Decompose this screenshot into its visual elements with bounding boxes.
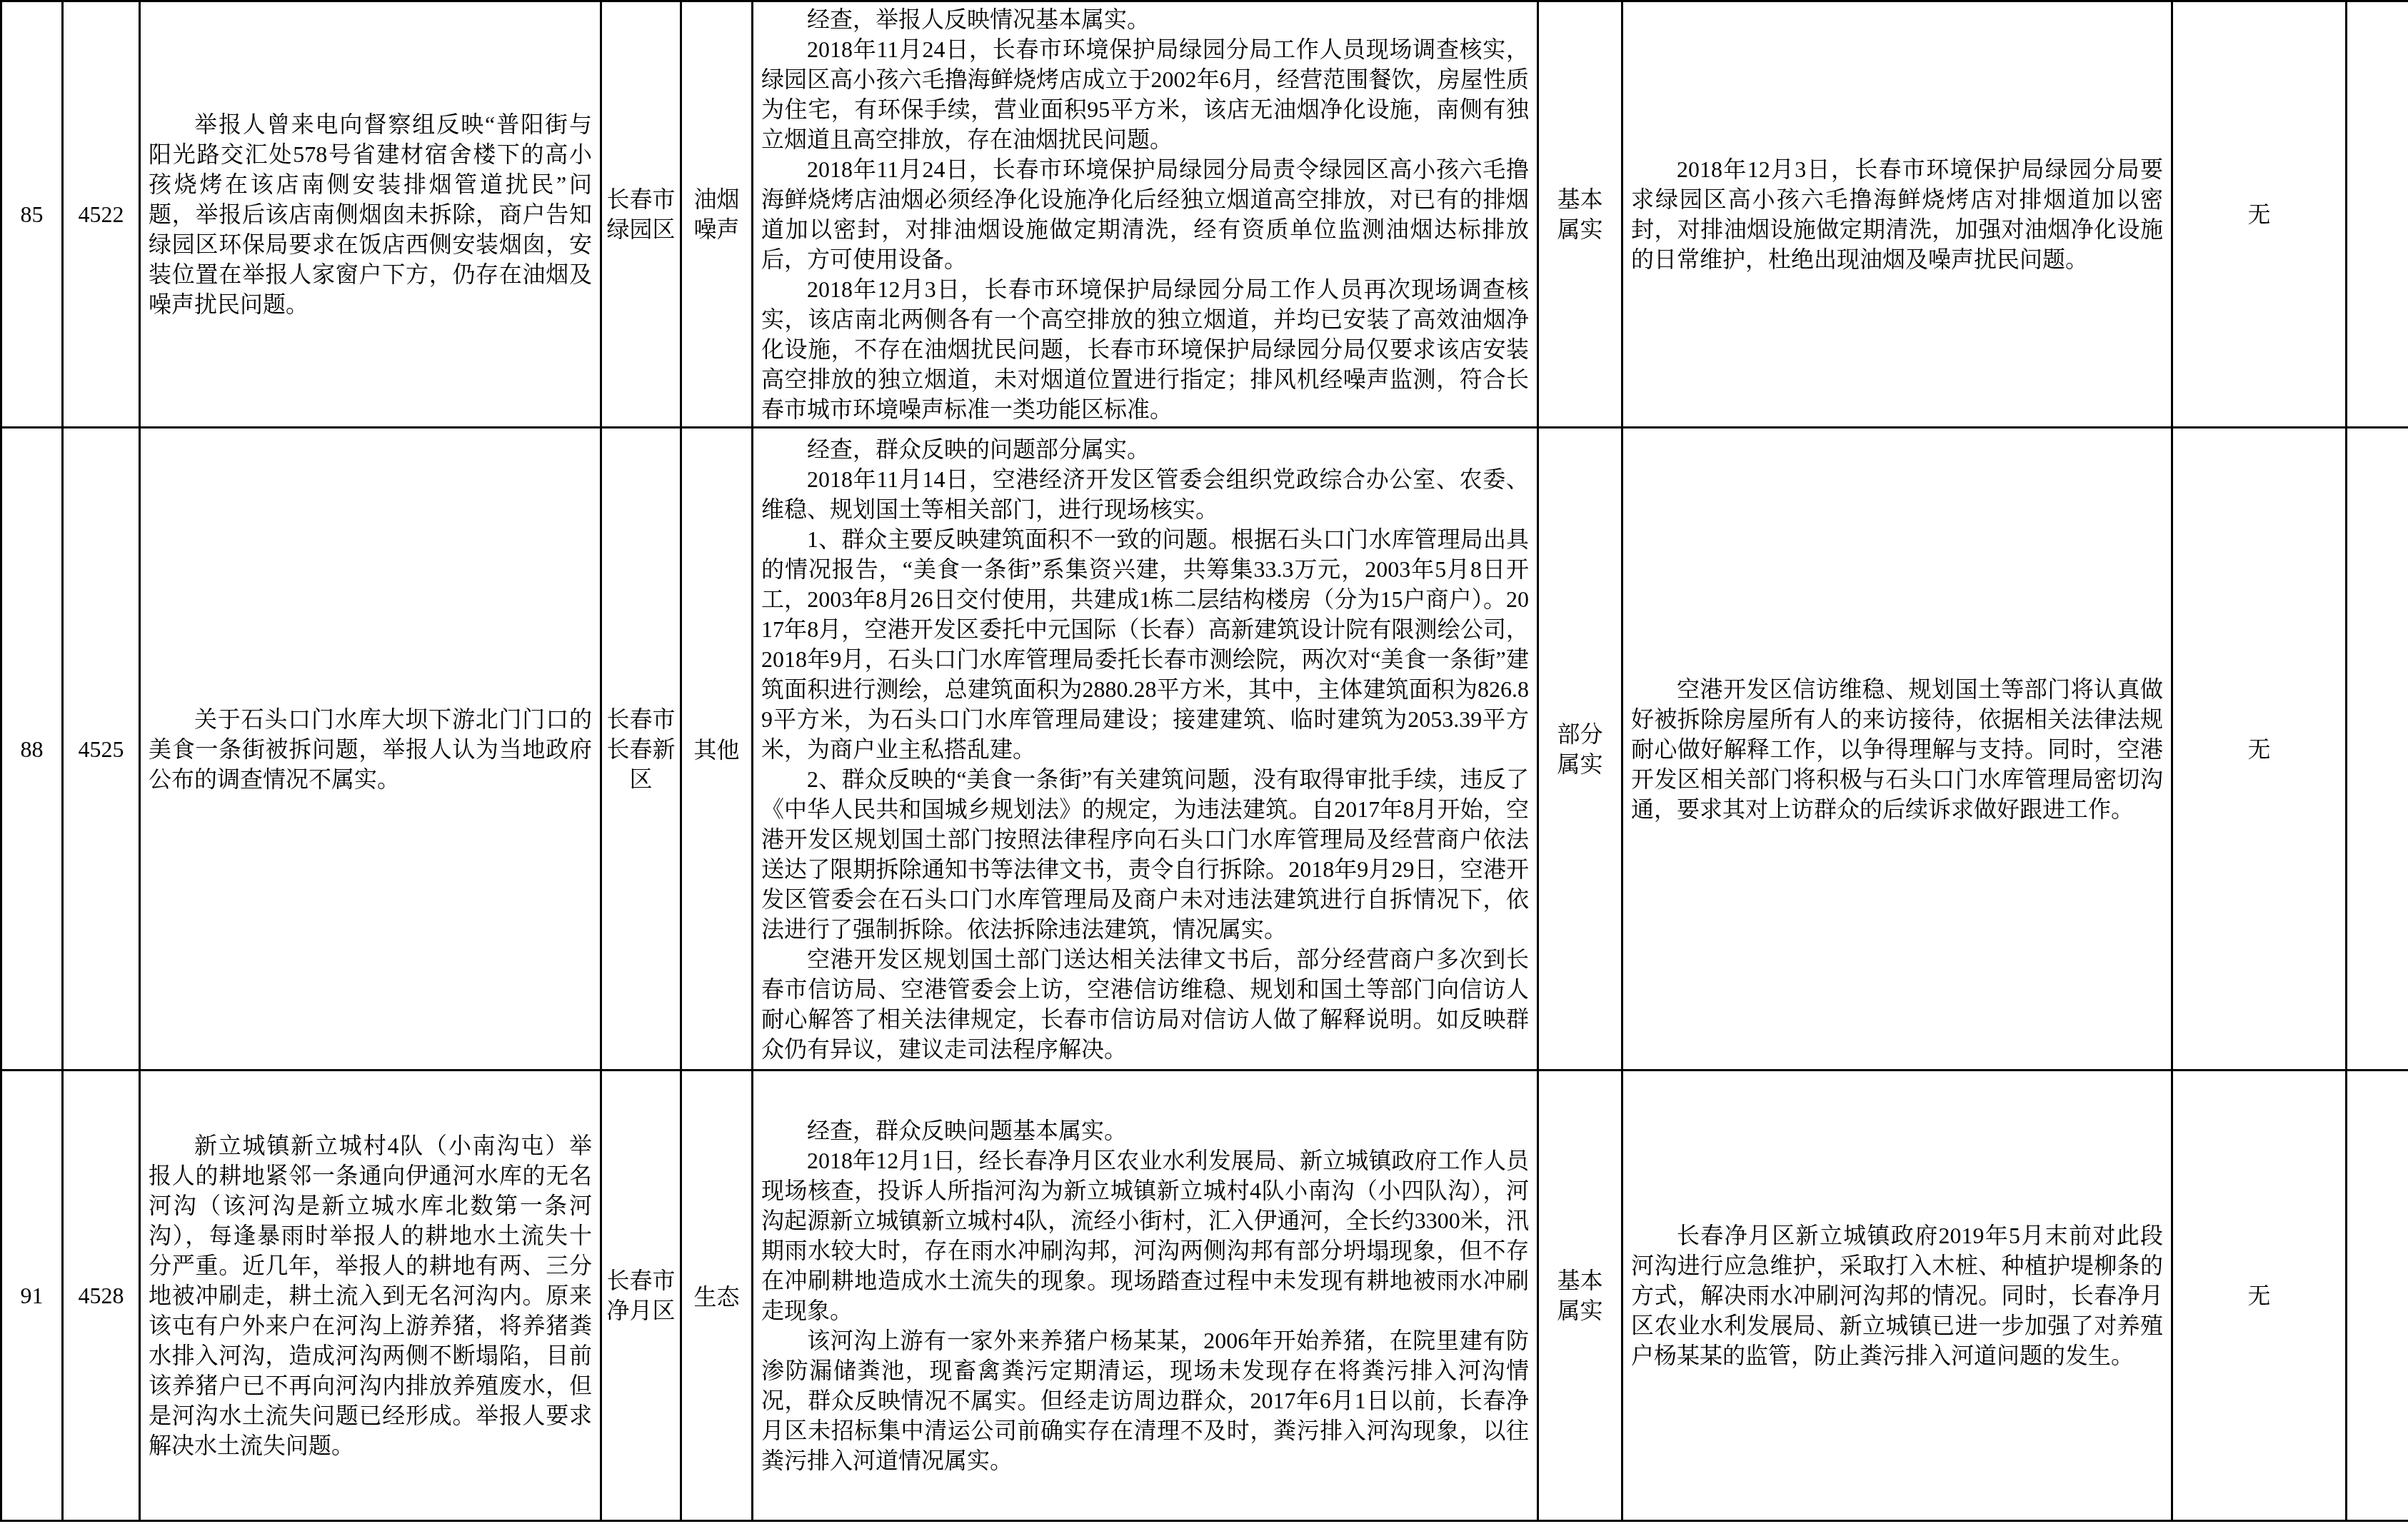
measures-paragraph: 长春净月区新立城镇政府2019年5月末前对此段河沟进行应急维护，采取打入木桩、种… — [1631, 1220, 2163, 1370]
accountability-cell: 无 — [2172, 1, 2347, 428]
investigation-paragraph: 经查，举报人反映情况基本属实。 — [761, 4, 1529, 34]
verification-status-text: 基本属实 — [1555, 1265, 1605, 1325]
investigation-cell: 经查，群众反映问题基本属实。 2018年12月1日，经长春净月区农业水利发展局、… — [753, 1071, 1538, 1521]
issue-type-text: 油烟噪声 — [691, 184, 741, 244]
investigation-cell: 经查，举报人反映情况基本属实。 2018年11月24日，长春市环境保护局绿园分局… — [753, 1, 1538, 428]
investigation-paragraph: 该河沟上游有一家外来养猪户杨某某，2006年开始养猪，在院里建有防渗防漏储粪池，… — [761, 1325, 1529, 1475]
investigation-paragraph: 2018年12月1日，经长春净月区农业水利发展局、新立城镇政府工作人员现场核查，… — [761, 1145, 1529, 1325]
verification-status-cell: 部分属实 — [1538, 428, 1622, 1071]
case-number-cell: 4525 — [63, 428, 140, 1071]
accountability-cell: 无 — [2172, 1071, 2347, 1521]
city-district-text: 长春市长春新区 — [603, 704, 679, 794]
investigation-paragraph: 2018年11月14日，空港经济开发区管委会组织党政综合办公室、农委、维稳、规划… — [761, 464, 1529, 524]
measures-cell: 长春净月区新立城镇政府2019年5月末前对此段河沟进行应急维护，采取打入木桩、种… — [1622, 1071, 2172, 1521]
case-number-cell: 4528 — [63, 1071, 140, 1521]
investigation-paragraph: 2018年11月24日，长春市环境保护局绿园分局责令绿园区高小孩六毛撸海鲜烧烤店… — [761, 154, 1529, 274]
complaint-cell: 关于石头口门水库大坝下游北门门口的美食一条街被拆问题，举报人认为当地政府公布的调… — [140, 428, 601, 1071]
investigation-paragraph: 2018年12月3日，长春市环境保护局绿园分局工作人员再次现场调查核实，该店南北… — [761, 274, 1529, 424]
remark-cell — [2347, 428, 2408, 1071]
verification-status-text: 基本属实 — [1555, 184, 1605, 244]
complaint-paragraph: 关于石头口门水库大坝下游北门门口的美食一条街被拆问题，举报人认为当地政府公布的调… — [149, 704, 592, 794]
issue-type-cell: 油烟噪声 — [681, 1, 753, 428]
case-number-cell: 4522 — [63, 1, 140, 428]
verification-status-cell: 基本属实 — [1538, 1, 1622, 428]
complaint-cell: 新立城镇新立城村4队（小南沟屯）举报人的耕地紧邻一条通向伊通河水库的无名河沟（该… — [140, 1071, 601, 1521]
complaint-cell: 举报人曾来电向督察组反映“普阳街与阳光路交汇处578号省建材宿舍楼下的高小孩烧烤… — [140, 1, 601, 428]
issue-type-text: 生态 — [693, 1282, 739, 1312]
city-district-text: 长春市净月区 — [603, 1265, 679, 1325]
investigation-paragraph: 经查，群众反映的问题部分属实。 — [761, 434, 1529, 464]
issue-type-cell: 生态 — [681, 1071, 753, 1521]
city-district-cell: 长春市净月区 — [601, 1071, 681, 1521]
city-district-text: 长春市绿园区 — [603, 184, 679, 244]
row-index-cell: 88 — [1, 428, 63, 1071]
issue-type-cell: 其他 — [681, 428, 753, 1071]
investigation-paragraph: 经查，群众反映问题基本属实。 — [761, 1116, 1529, 1145]
table-row: 85 4522 举报人曾来电向督察组反映“普阳街与阳光路交汇处578号省建材宿舍… — [1, 1, 2408, 428]
issue-type-text: 其他 — [693, 735, 739, 765]
investigation-cell: 经查，群众反映的问题部分属实。 2018年11月14日，空港经济开发区管委会组织… — [753, 428, 1538, 1071]
verification-status-text: 部分属实 — [1555, 719, 1605, 779]
investigation-paragraph: 1、群众主要反映建筑面积不一致的问题。根据石头口门水库管理局出具的情况报告，“美… — [761, 524, 1529, 764]
investigation-paragraph: 2、群众反映的“美食一条街”有关建筑问题，没有取得审批手续，违反了《中华人民共和… — [761, 764, 1529, 944]
investigation-paragraph: 空港开发区规划国土部门送达相关法律文书后，部分经营商户多次到长春市信访局、空港管… — [761, 944, 1529, 1064]
remark-cell — [2347, 1071, 2408, 1521]
complaint-paragraph: 新立城镇新立城村4队（小南沟屯）举报人的耕地紧邻一条通向伊通河水库的无名河沟（该… — [149, 1131, 592, 1460]
remark-cell — [2347, 1, 2408, 428]
city-district-cell: 长春市绿园区 — [601, 1, 681, 428]
row-index-cell: 85 — [1, 1, 63, 428]
table-row: 91 4528 新立城镇新立城村4队（小南沟屯）举报人的耕地紧邻一条通向伊通河水… — [1, 1071, 2408, 1521]
investigation-paragraph: 2018年11月24日，长春市环境保护局绿园分局工作人员现场调查核实，绿园区高小… — [761, 34, 1529, 154]
complaint-paragraph: 举报人曾来电向督察组反映“普阳街与阳光路交汇处578号省建材宿舍楼下的高小孩烧烤… — [149, 109, 592, 319]
complaint-handling-table: 85 4522 举报人曾来电向督察组反映“普阳街与阳光路交汇处578号省建材宿舍… — [0, 0, 2408, 1522]
measures-cell: 2018年12月3日，长春市环境保护局绿园分局要求绿园区高小孩六毛撸海鲜烧烤店对… — [1622, 1, 2172, 428]
table-row: 88 4525 关于石头口门水库大坝下游北门门口的美食一条街被拆问题，举报人认为… — [1, 428, 2408, 1071]
verification-status-cell: 基本属实 — [1538, 1071, 1622, 1521]
row-index-cell: 91 — [1, 1071, 63, 1521]
city-district-cell: 长春市长春新区 — [601, 428, 681, 1071]
measures-paragraph: 2018年12月3日，长春市环境保护局绿园分局要求绿园区高小孩六毛撸海鲜烧烤店对… — [1631, 154, 2163, 274]
measures-paragraph: 空港开发区信访维稳、规划国土等部门将认真做好被拆除房屋所有人的来访接待，依据相关… — [1631, 674, 2163, 824]
measures-cell: 空港开发区信访维稳、规划国土等部门将认真做好被拆除房屋所有人的来访接待，依据相关… — [1622, 428, 2172, 1071]
accountability-cell: 无 — [2172, 428, 2347, 1071]
